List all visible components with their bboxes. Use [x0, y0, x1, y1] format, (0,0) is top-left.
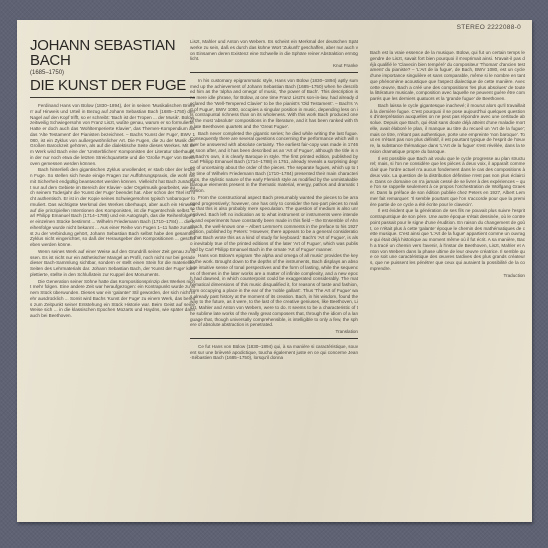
- french-opening-paragraph: Ce fut Hans von Bülow (1830–1894) qui, à…: [190, 344, 358, 361]
- heading-rule: [30, 97, 195, 98]
- column-french: Bach est la vraie essence de la musique.…: [370, 40, 525, 279]
- german-closing-paragraph: Liszt, Mahler und Anton von Webern. Es s…: [190, 39, 358, 62]
- composer-dates: (1685–1750): [30, 69, 195, 77]
- translation-signature: Traduction: [370, 273, 525, 279]
- author-signature: Knut Franke: [190, 63, 358, 69]
- paragraph: In his customary epigrammatic style, Han…: [190, 78, 358, 130]
- composer-name: JOHANN SEBASTIAN BACH: [30, 38, 195, 68]
- paragraph: Bach laissa le cycle gigantesque inachev…: [370, 103, 525, 155]
- work-title: DIE KUNST DER FUGE: [30, 78, 195, 94]
- spacer: [370, 40, 525, 50]
- paragraph: Wenn seines Werk auf einer Weise auf den…: [30, 249, 195, 278]
- paragraph: Bach est la vraie essence de la musique.…: [370, 50, 525, 102]
- section-rule: [190, 72, 358, 73]
- record-sleeve-back: STEREO 2222088-0 JOHANN SEBASTIAN BACH (…: [17, 20, 532, 522]
- column-german: JOHANN SEBASTIAN BACH (1685–1750) DIE KU…: [30, 38, 195, 320]
- paragraph: Hans von Bülow's epigram 'the alpha and …: [190, 253, 358, 328]
- paragraph: Il est évident que la génération de ses …: [370, 208, 525, 271]
- paragraph: Ferdinand Hans von Bülow (1830–1894), de…: [30, 103, 195, 166]
- column-english: Liszt, Mahler und Anton von Webern. Es s…: [190, 39, 358, 362]
- paragraph: Die Generation seiner Söhne hatte das Ko…: [30, 279, 195, 319]
- paragraph: Il est possible que Bach ait voulu que l…: [370, 156, 525, 208]
- catalog-number: STEREO 2222088-0: [457, 24, 521, 31]
- section-rule: [190, 338, 358, 339]
- paragraph: Bach never completed the gigantic series…: [190, 131, 358, 194]
- translation-signature: Translation: [190, 329, 358, 335]
- paragraph: Bach hinterließ den gigantischen Zyklus …: [30, 167, 195, 248]
- paragraph: From the constructional aspect Bach pres…: [190, 195, 358, 253]
